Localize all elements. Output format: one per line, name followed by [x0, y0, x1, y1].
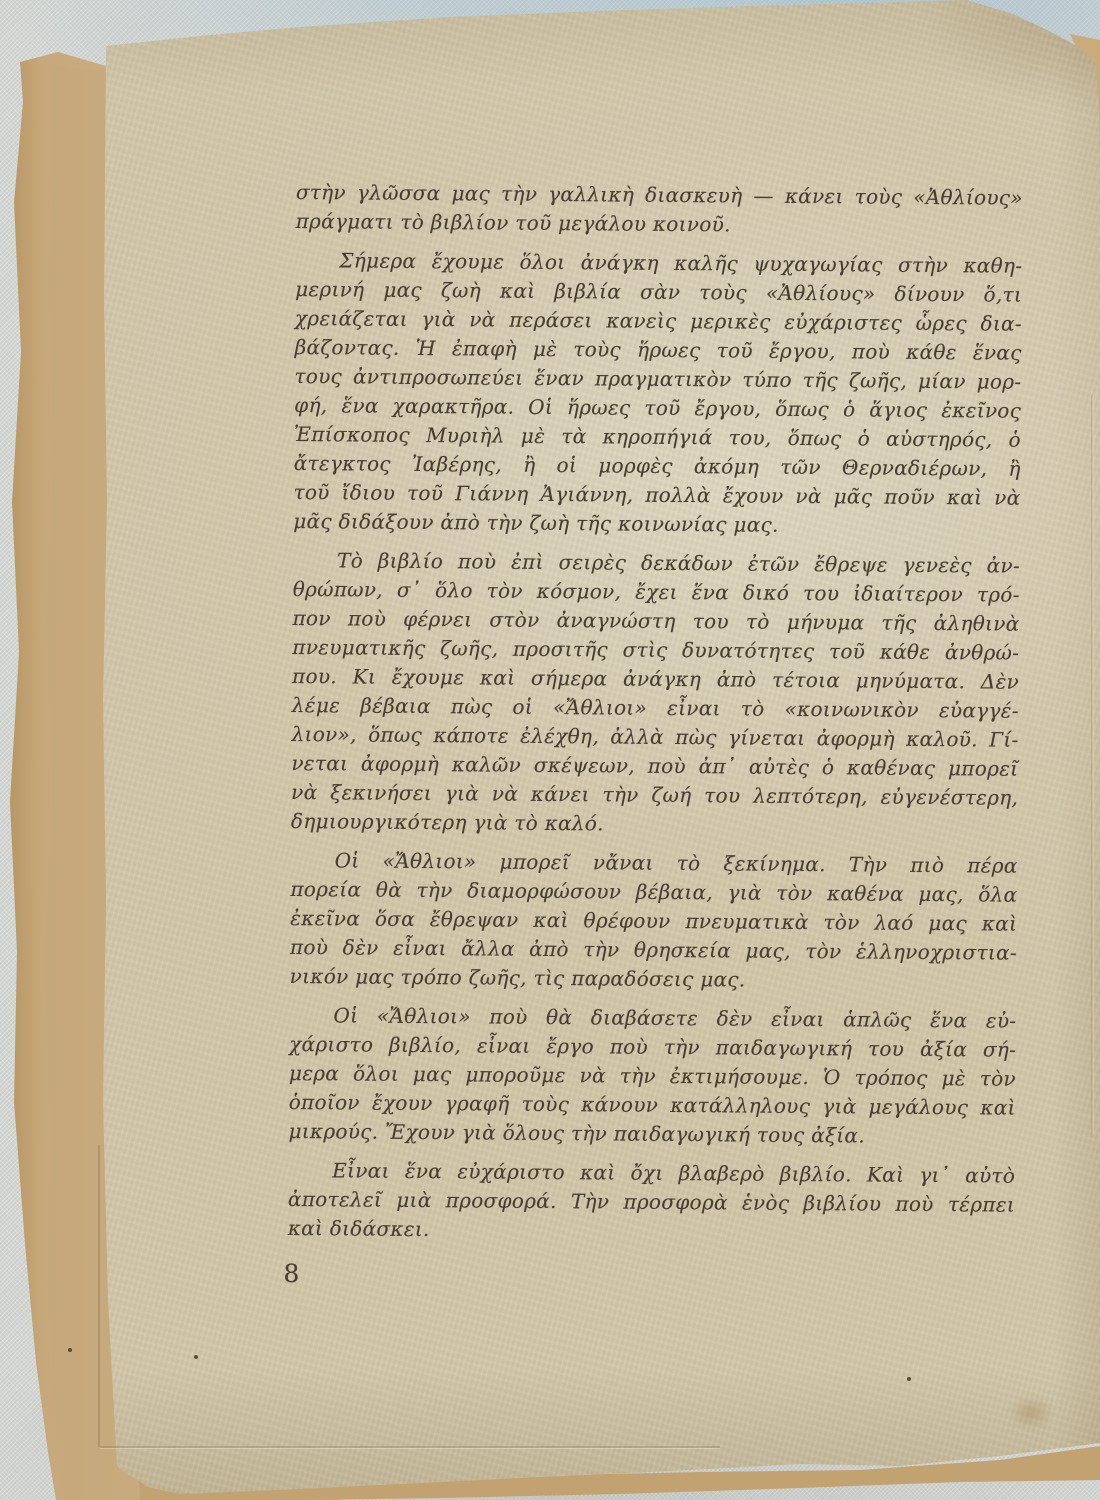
page-text: στὴν γλῶσσα μας τὴν γαλλικὴ διασκευὴ — κ…	[287, 178, 1023, 1295]
text-line: μικρούς. Ἔχουν γιὰ ὅλους τὴν παιδαγωγική…	[288, 1117, 1015, 1152]
text-line: δημιουργικότερη γιὰ τὸ καλό.	[291, 807, 1018, 842]
paper-stain	[1008, 1396, 1054, 1430]
paragraph: Οἱ «Ἄθλιοι» μπορεῖ νἄναι τὸ ξεκίνημα. Τὴ…	[290, 846, 1018, 997]
paragraph: Τὸ βιβλίο ποὺ ἐπὶ σειρὲς δεκάδων ἐτῶν ἔθ…	[291, 546, 1020, 842]
emboss-line-horizontal	[100, 1446, 720, 1448]
paper-speck	[907, 1377, 911, 1381]
text-line: μᾶς διδάξουν ἀπὸ τὴν ζωὴ τῆς κοινωνίας μ…	[293, 507, 1020, 542]
page-number: 8	[283, 1259, 1014, 1295]
paper-speck	[194, 1355, 198, 1359]
paper-speck	[68, 1348, 72, 1352]
paragraph: Οἱ «Ἄθλιοι» ποὺ θὰ διαβάσετε δὲν εἶναι ἁ…	[288, 1001, 1016, 1152]
text-line: καὶ διδάσκει.	[288, 1214, 1015, 1249]
paragraph: Εἶναι ἕνα εὐχάριστο καὶ ὄχι βλαβερὸ βιβλ…	[288, 1156, 1016, 1249]
paragraph: στὴν γλῶσσα μας τὴν γαλλικὴ διασκευὴ — κ…	[296, 178, 1023, 242]
page-crease	[1091, 395, 1094, 1135]
text-line: πράγματι τὸ βιβλίον τοῦ μεγάλου κοινοῦ.	[296, 207, 1023, 242]
emboss-line-vertical	[98, 1145, 100, 1447]
paragraph: Σήμερα ἔχουμε ὅλοι ἀνάγκη καλῆς ψυχαγωγί…	[293, 246, 1022, 542]
text-line: νικόν μας τρόπο ζωῆς, τὶς παραδόσεις μας…	[290, 962, 1017, 997]
